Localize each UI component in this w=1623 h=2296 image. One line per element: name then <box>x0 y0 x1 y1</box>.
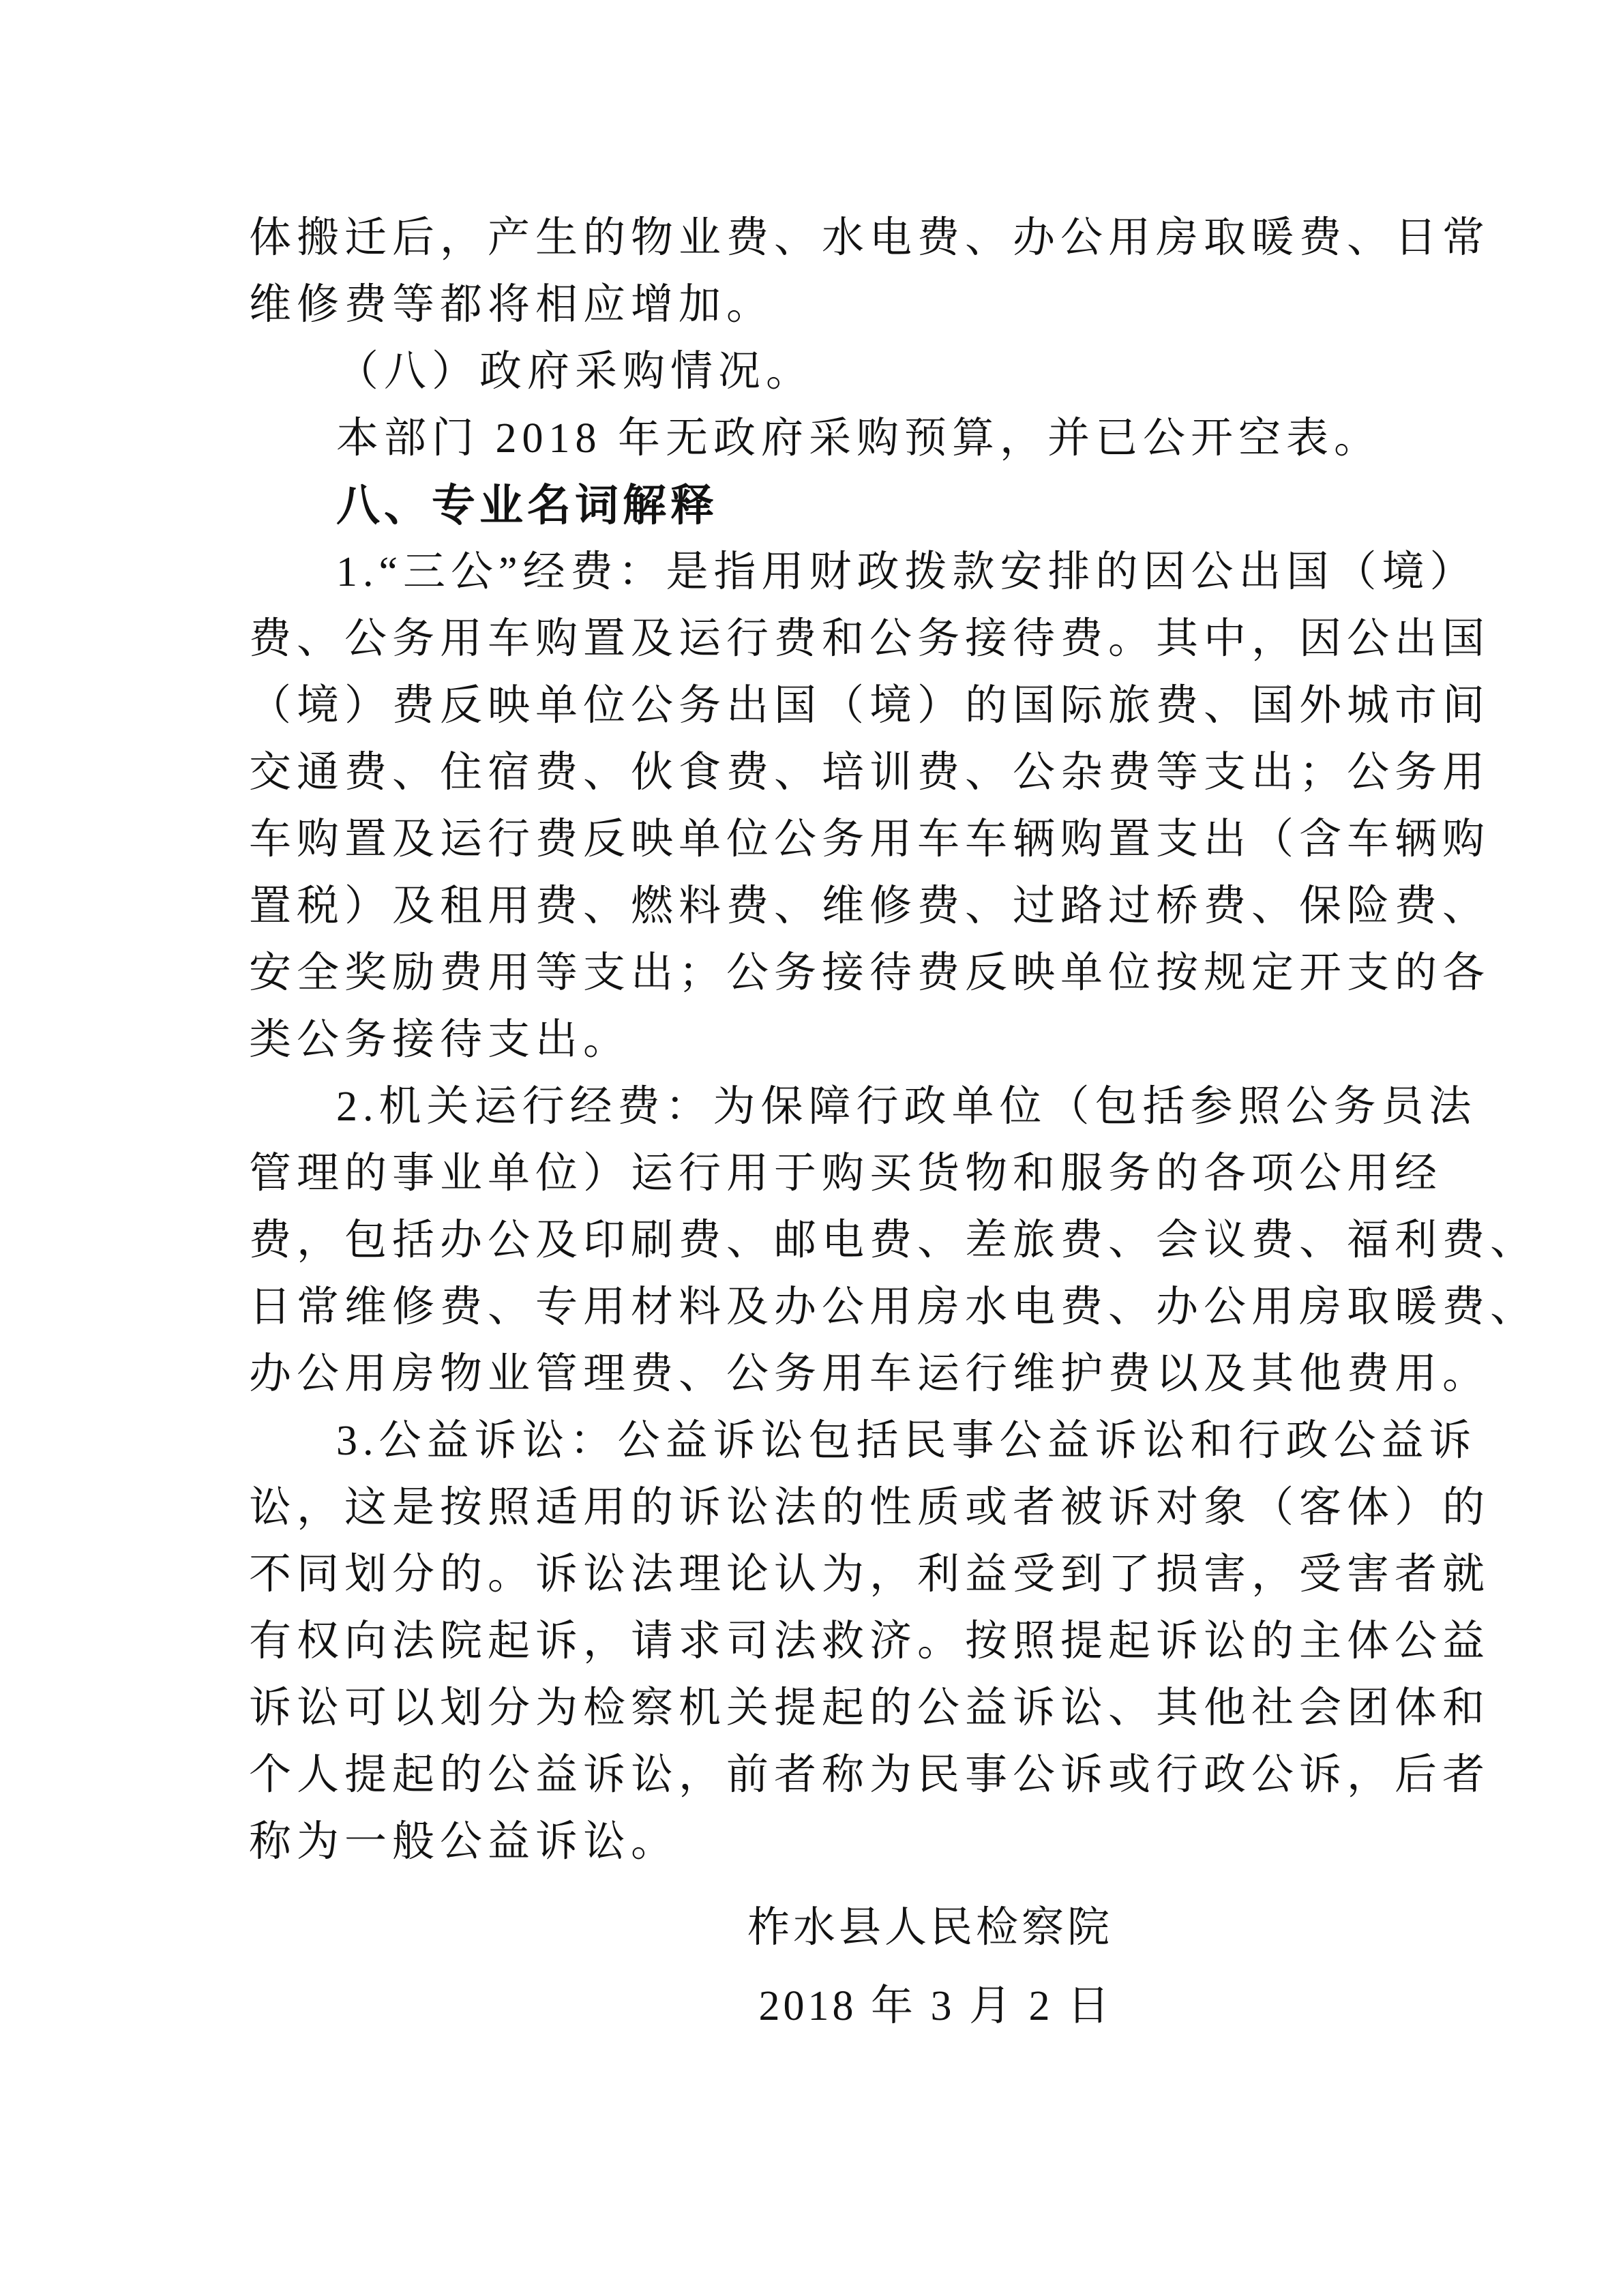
body-line: 有权向法院起诉，请求司法救济。按照提起诉讼的主体公益 <box>249 1608 1398 1675</box>
body-line: 办公用房物业管理费、公务用车运行维护费以及其他费用。 <box>249 1341 1398 1407</box>
signature-date: 2018 年 3 月 2 日 <box>249 1967 1113 2046</box>
body-line: （八）政府采购情况。 <box>249 338 1398 405</box>
body-line: 讼，这是按照适用的诉讼法的性质或者被诉对象（客体）的 <box>249 1474 1398 1541</box>
body-line: 称为一般公益诉讼。 <box>249 1808 1398 1875</box>
signature-block: 柞水县人民检察院 2018 年 3 月 2 日 <box>249 1889 1398 2046</box>
body-line: 费、公务用车购置及运行费和公务接待费。其中，因公出国 <box>249 606 1398 672</box>
document-body: 体搬迁后，产生的物业费、水电费、办公用房取暖费、日常 维修费等都将相应增加。 （… <box>0 0 1623 2046</box>
body-line: 不同划分的。诉讼法理论认为，利益受到了损害，受害者就 <box>249 1541 1398 1608</box>
section-heading: 八、专业名词解释 <box>249 472 1398 539</box>
body-line: 日常维修费、专用材料及办公用房水电费、办公用房取暖费、 <box>249 1274 1398 1341</box>
body-line: 2.机关运行经费：为保障行政单位（包括参照公务员法 <box>249 1073 1398 1140</box>
document-page: 体搬迁后，产生的物业费、水电费、办公用房取暖费、日常 维修费等都将相应增加。 （… <box>0 0 1623 2296</box>
body-line: 管理的事业单位）运行用于购买货物和服务的各项公用经 <box>249 1140 1398 1207</box>
body-line: 3.公益诉讼：公益诉讼包括民事公益诉讼和行政公益诉 <box>249 1407 1398 1474</box>
signature-org: 柞水县人民检察院 <box>249 1889 1113 1967</box>
body-line: 个人提起的公益诉讼，前者称为民事公诉或行政公诉，后者 <box>249 1742 1398 1808</box>
body-line: 交通费、住宿费、伙食费、培训费、公杂费等支出；公务用 <box>249 739 1398 806</box>
body-line: 置税）及租用费、燃料费、维修费、过路过桥费、保险费、 <box>249 873 1398 940</box>
body-line: （境）费反映单位公务出国（境）的国际旅费、国外城市间 <box>249 672 1398 739</box>
body-line: 体搬迁后，产生的物业费、水电费、办公用房取暖费、日常 <box>249 205 1398 271</box>
body-line: 安全奖励费用等支出；公务接待费反映单位按规定开支的各 <box>249 940 1398 1007</box>
body-line: 类公务接待支出。 <box>249 1007 1398 1073</box>
body-line: 1.“三公”经费：是指用财政拨款安排的因公出国（境） <box>249 539 1398 606</box>
body-line: 本部门 2018 年无政府采购预算，并已公开空表。 <box>249 405 1398 472</box>
body-line: 维修费等都将相应增加。 <box>249 271 1398 338</box>
body-line: 费，包括办公及印刷费、邮电费、差旅费、会议费、福利费、 <box>249 1207 1398 1274</box>
body-line: 诉讼可以划分为检察机关提起的公益诉讼、其他社会团体和 <box>249 1675 1398 1742</box>
body-line: 车购置及运行费反映单位公务用车车辆购置支出（含车辆购 <box>249 806 1398 873</box>
